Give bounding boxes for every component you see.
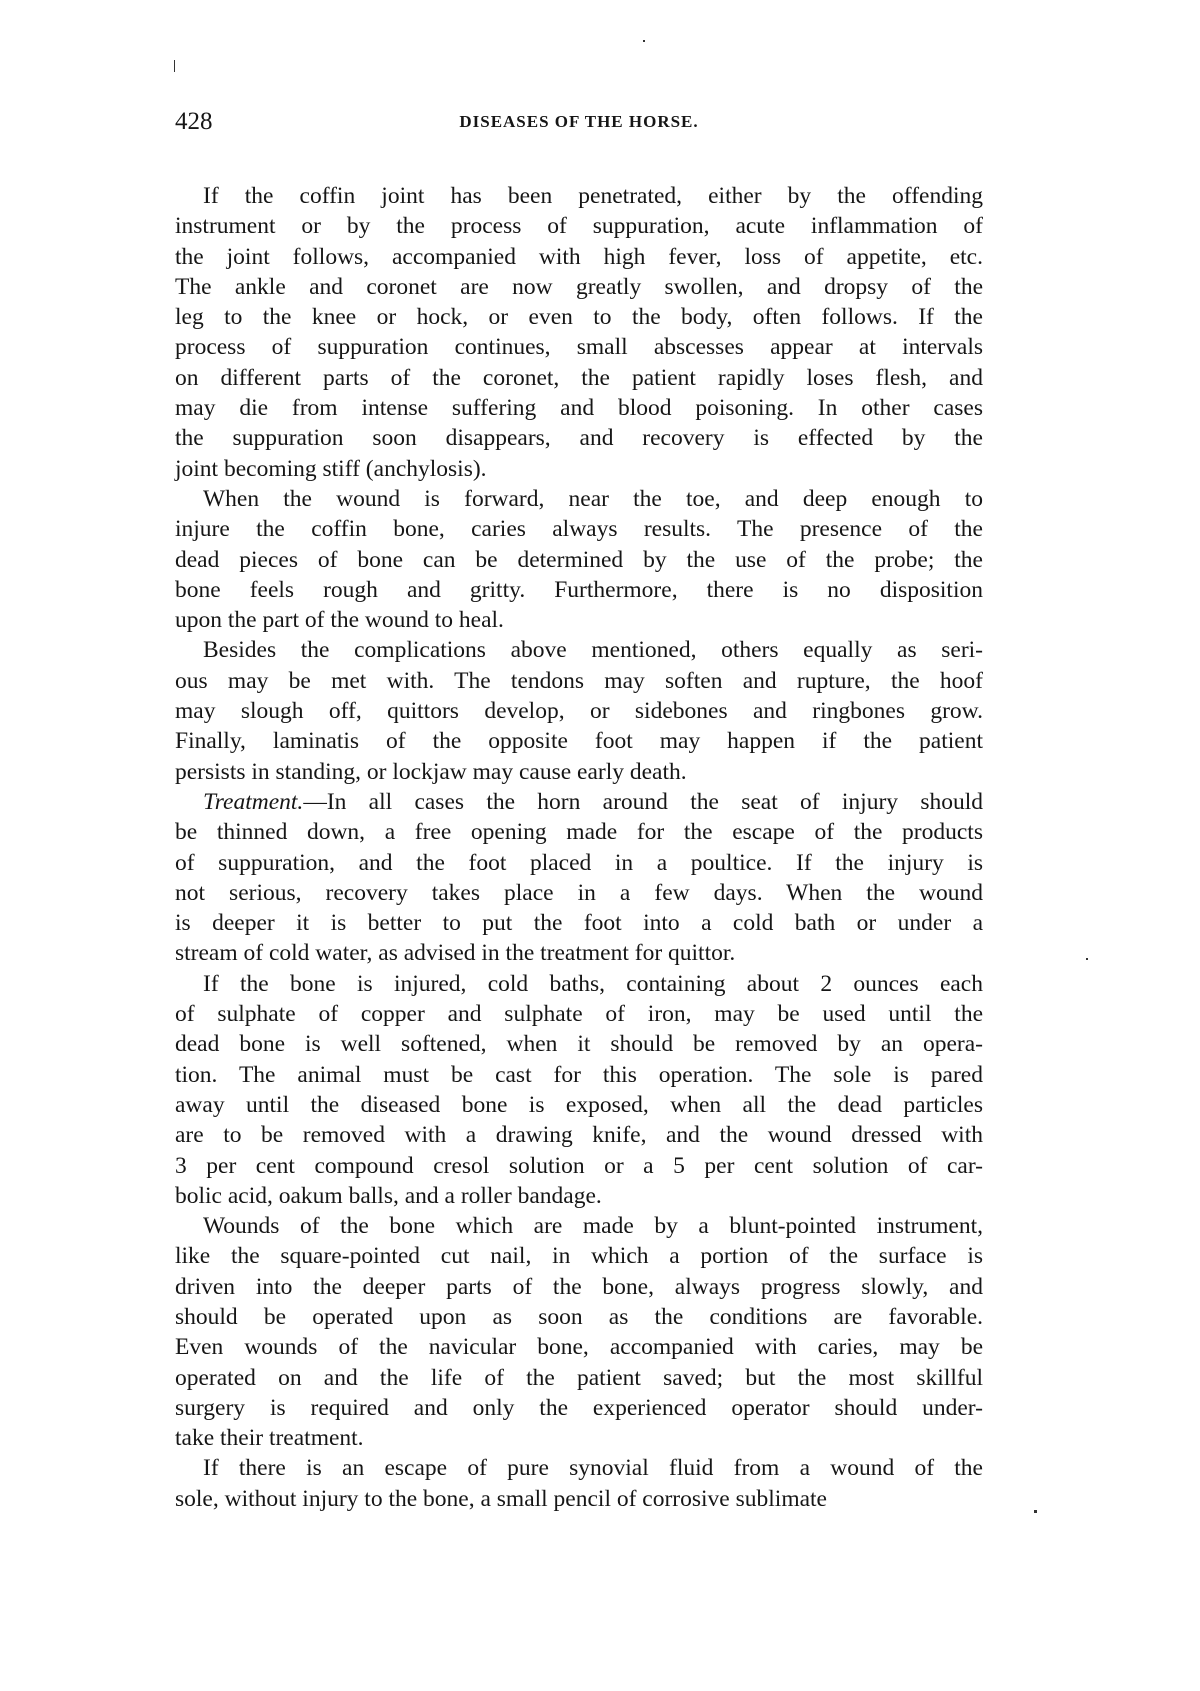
body-text: If the coffin joint has been penetrated,… [175,181,983,1514]
text-line: is deeper it is better to put the foot i… [175,908,983,938]
text-line: dead pieces of bone can be determined by… [175,545,983,575]
text-line: driven into the deeper parts of the bone… [175,1272,983,1302]
text-line: 3 per cent compound cresol solution or a… [175,1151,983,1181]
text-line: leg to the knee or hock, or even to the … [175,302,983,332]
text-line: take their treatment. [175,1423,983,1453]
text-line: surgery is required and only the experie… [175,1393,983,1423]
scan-artifact [643,40,645,42]
text-line: ous may be met with. The tendons may sof… [175,666,983,696]
scan-artifact [1086,958,1088,960]
text-line: process of suppuration continues, small … [175,332,983,362]
text-line: are to be removed with a drawing knife, … [175,1120,983,1150]
paragraph: If the bone is injured, cold baths, cont… [175,969,983,1211]
book-page: 428 DISEASES OF THE HORSE. If the coffin… [0,0,1200,1691]
text-line: may slough off, quittors develop, or sid… [175,696,983,726]
text-line: If the coffin joint has been penetrated,… [175,181,983,211]
text-line: may die from intense suffering and blood… [175,393,983,423]
text-line: stream of cold water, as advised in the … [175,938,983,968]
text-line: If the bone is injured, cold baths, cont… [175,969,983,999]
text-line: Finally, laminatis of the opposite foot … [175,726,983,756]
paragraph: If the coffin joint has been penetrated,… [175,181,983,484]
text-line: be thinned down, a free opening made for… [175,817,983,847]
text-line: If there is an escape of pure synovial f… [175,1453,983,1483]
text-line: on different parts of the coronet, the p… [175,363,983,393]
text-line: operated on and the life of the patient … [175,1363,983,1393]
text-line: the joint follows, accompanied with high… [175,242,983,272]
text-line: not serious, recovery takes place in a f… [175,878,983,908]
text-line: away until the diseased bone is exposed,… [175,1090,983,1120]
scan-artifact [174,60,175,72]
text-line: sole, without injury to the bone, a smal… [175,1484,983,1514]
scan-artifact [1034,1510,1037,1513]
text-line: of sulphate of copper and sulphate of ir… [175,999,983,1029]
text-line: upon the part of the wound to heal. [175,605,983,635]
text-line: instrument or by the process of suppurat… [175,211,983,241]
page-header: 428 DISEASES OF THE HORSE. [175,108,983,138]
paragraph: Wounds of the bone which are made by a b… [175,1211,983,1453]
text-line: When the wound is forward, near the toe,… [175,484,983,514]
text-line: tion. The animal must be cast for this o… [175,1060,983,1090]
section-label: Treatment. [203,789,303,815]
text-line: bolic acid, oakum balls, and a roller ba… [175,1181,983,1211]
text-line: like the square-pointed cut nail, in whi… [175,1241,983,1271]
running-head: DISEASES OF THE HORSE. [175,112,983,132]
text-line: bone feels rough and gritty. Furthermore… [175,575,983,605]
text-line: of suppuration, and the foot placed in a… [175,848,983,878]
paragraph: When the wound is forward, near the toe,… [175,484,983,635]
paragraph: Treatment.—In all cases the horn around … [175,787,983,969]
text-line: should be operated upon as soon as the c… [175,1302,983,1332]
text-line: Treatment.—In all cases the horn around … [175,787,983,817]
text-line: Even wounds of the navicular bone, accom… [175,1332,983,1362]
paragraph: Besides the complications above mentione… [175,635,983,786]
paragraph: If there is an escape of pure synovial f… [175,1453,983,1514]
text-line: persists in standing, or lockjaw may cau… [175,757,983,787]
text-line: injure the coffin bone, caries always re… [175,514,983,544]
text-line: dead bone is well softened, when it shou… [175,1029,983,1059]
text-line: the suppuration soon disappears, and rec… [175,423,983,453]
text-line: joint becoming stiff (anchylosis). [175,454,983,484]
text-line: Besides the complications above mentione… [175,635,983,665]
text-line: The ankle and coronet are now greatly sw… [175,272,983,302]
text-line: Wounds of the bone which are made by a b… [175,1211,983,1241]
